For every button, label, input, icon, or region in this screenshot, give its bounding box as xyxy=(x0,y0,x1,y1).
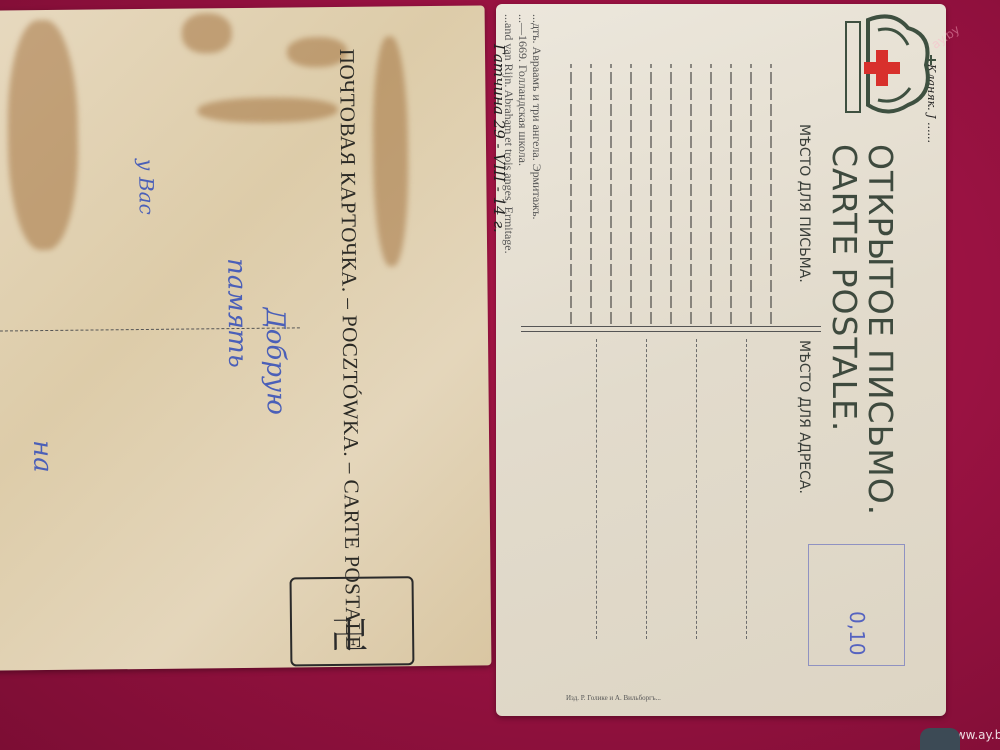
label-letter-area: МѢСТО ДЛЯ ПИСЬМА. xyxy=(796,124,812,283)
divider-rule xyxy=(521,326,821,332)
stain xyxy=(7,20,79,251)
script-strokes xyxy=(556,64,786,324)
stain xyxy=(372,36,409,266)
postal-stamp-mark: 0,10 xyxy=(808,544,905,666)
handwriting-line: на xyxy=(27,440,57,473)
label-address-area: МѢСТО ДЛЯ АДРЕСА. xyxy=(796,340,812,494)
printed-header: ПОЧТОВАЯ КАРТОЧКА. – POCZTÓWKA. – CARTE … xyxy=(334,49,365,650)
publisher-line: Изд. Р. Голике и А. Вильборгъ... xyxy=(566,694,661,702)
caption-line-ru-2: ...—1669. Голландская школа. xyxy=(515,14,530,166)
red-cross-logo xyxy=(838,10,938,120)
address-line xyxy=(646,339,647,639)
fold-line xyxy=(0,327,300,331)
heading-ru: ОТКРЫТОЕ ПИСЬМО. xyxy=(861,144,900,516)
handwritten-date: Гатчина 29 - VIII - 14 г. xyxy=(490,44,508,233)
red-cross-emblem-icon xyxy=(838,10,938,120)
heading-fr: CARTE POSTALE. xyxy=(825,144,864,432)
stain xyxy=(182,13,232,54)
handwriting-line: память xyxy=(221,258,252,368)
address-line xyxy=(746,339,747,639)
address-line xyxy=(596,339,597,639)
left-postcard: ПОЧТОВАЯ КАРТОЧКА. – POCZTÓWKA. – CARTE … xyxy=(0,5,491,670)
stamp-value: 0,10 xyxy=(845,611,869,656)
handwriting-line: у Вас xyxy=(134,159,159,215)
stain xyxy=(197,97,337,123)
stamp-box: 卍 xyxy=(290,576,415,666)
stamp-glyph: 卍 xyxy=(330,605,369,660)
dark-object-corner xyxy=(920,728,960,750)
handwriting-line: Добрую xyxy=(260,307,291,415)
handwritten-message xyxy=(556,64,786,324)
caption-line-ru-1: ...дтъ. Авраамъ и три ангела. Эрмитажъ. xyxy=(529,14,544,220)
address-line xyxy=(696,339,697,639)
